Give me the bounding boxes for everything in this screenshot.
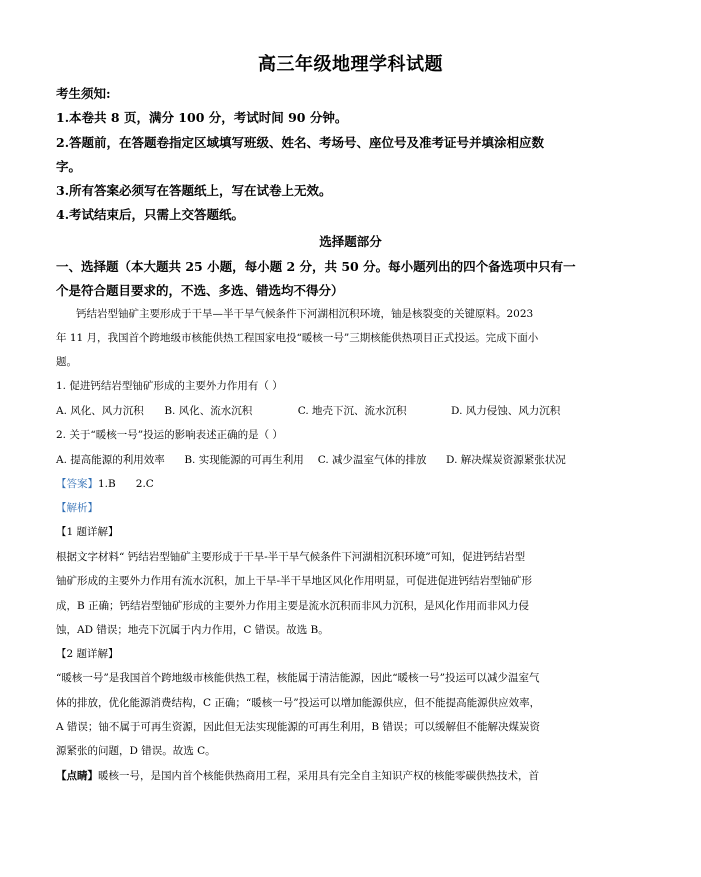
question-2-stem: 2. 关于“暖核一号”投运的影响表述正确的是（ ） xyxy=(56,427,283,442)
notice-item-4: 4.考试结束后，只需上交答题纸。 xyxy=(56,205,244,223)
question-1-stem: 1. 促进钙结岩型铀矿形成的主要外力作用有（ ） xyxy=(56,378,283,393)
material-line-3: 题。 xyxy=(56,354,77,369)
notice-item-2-cont: 字。 xyxy=(56,157,81,175)
material-line-1: 钙结岩型铀矿主要形成于干旱—半干旱气候条件下河湖相沉积环境，铀是核裂变的关键原料… xyxy=(76,306,533,321)
material-line-2: 年 11 月，我国首个跨地级市核能供热工程国家电投“暖核一号”三期核能供热项目正… xyxy=(56,330,538,345)
highlight-line: 【点睛】暖核一号，是国内首个核能供热商用工程，采用具有完全自主知识产权的核能零碳… xyxy=(56,768,539,783)
question-1-options: A. 风化、风力沉积 B. 风化、流水沉积 C. 地壳下沉、流水沉积 D. 风力… xyxy=(56,403,560,418)
question-1-option-d: D. 风力侵蚀、风力沉积 xyxy=(451,403,560,418)
highlight-label: 【点睛】 xyxy=(56,770,98,782)
q1-detail-heading: 【1 题详解】 xyxy=(56,524,119,539)
question-1-option-a: A. 风化、风力沉积 xyxy=(56,403,161,418)
question-2-option-c: C. 减少温室气体的排放 xyxy=(318,452,443,467)
notice-item-2: 2.答题前，在答题卷指定区域填写班级、姓名、考场号、座位号及准考证号并填涂相应数 xyxy=(56,133,544,151)
section-heading: 选择题部分 xyxy=(0,232,701,250)
answer-label: 【答案】 xyxy=(56,478,98,490)
question-2-options: A. 提高能源的利用效率 B. 实现能源的可再生利用 C. 减少温室气体的排放 … xyxy=(56,452,566,467)
question-2-option-b: B. 实现能源的可再生利用 xyxy=(184,452,314,467)
highlight-text: 暖核一号，是国内首个核能供热商用工程，采用具有完全自主知识产权的核能零碳供热技术… xyxy=(98,770,539,782)
q2-detail-line-4: 源紧张的问题，D 错误。故选 C。 xyxy=(56,743,216,758)
section-intro-line-2: 个是符合题目要求的，不选、多选、错选均不得分） xyxy=(56,281,344,299)
q2-detail-heading: 【2 题详解】 xyxy=(56,646,119,661)
question-1-option-c: C. 地壳下沉、流水沉积 xyxy=(298,403,448,418)
q1-detail-line-3: 成，B 正确；钙结岩型铀矿形成的主要外力作用主要是流水沉积而非风力沉积，是风化作… xyxy=(56,598,529,613)
document-page: 高三年级地理学科试题 考生须知: 1.本卷共 8 页，满分 100 分，考试时间… xyxy=(0,0,701,877)
notice-heading: 考生须知: xyxy=(56,84,111,102)
q2-detail-line-3: A 错误；铀不属于可再生资源，因此但无法实现能源的可再生利用，B 错误；可以缓解… xyxy=(56,719,540,734)
q2-detail-line-2: 体的排放，优化能源消费结构，C 正确；“暖核一号”投运可以增加能源供应，但不能提… xyxy=(56,695,540,710)
q1-detail-line-1: 根据文字材料“ 钙结岩型铀矿主要形成于干旱-半干旱气候条件下河湖相沉积环境”可知… xyxy=(56,549,525,564)
answer-value: 1.B 2.C xyxy=(98,478,154,490)
q2-detail-line-1: “暖核一号”是我国首个跨地级市核能供热工程，核能属于清洁能源，因此“暖核一号”投… xyxy=(56,670,539,685)
notice-item-1: 1.本卷共 8 页，满分 100 分，考试时间 90 分钟。 xyxy=(56,108,347,126)
notice-item-3: 3.所有答案必须写在答题纸上，写在试卷上无效。 xyxy=(56,181,332,199)
question-2-option-a: A. 提高能源的利用效率 xyxy=(56,452,181,467)
q1-detail-line-2: 铀矿形成的主要外力作用有流水沉积，加上干旱-半干旱地区风化作用明显，可促进促进钙… xyxy=(56,573,532,588)
page-title: 高三年级地理学科试题 xyxy=(0,50,701,76)
answer-line: 【答案】1.B 2.C xyxy=(56,476,154,491)
question-1-option-b: B. 风化、流水沉积 xyxy=(164,403,294,418)
section-intro-line-1: 一、选择题（本大题共 25 小题，每小题 2 分，共 50 分。每小题列出的四个… xyxy=(56,257,576,275)
analysis-label: 【解析】 xyxy=(56,500,98,515)
question-2-option-d: D. 解决煤炭资源紧张状况 xyxy=(446,452,566,467)
q1-detail-line-4: 蚀，AD 错误；地壳下沉属于内力作用，C 错误。故选 B。 xyxy=(56,622,329,637)
